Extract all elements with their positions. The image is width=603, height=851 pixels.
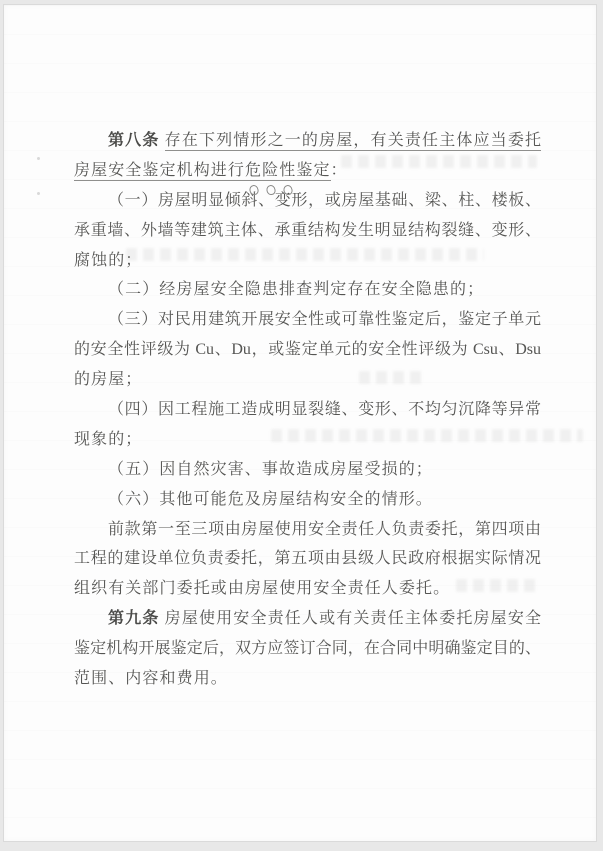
text-line: （六）其他可能危及房屋结构安全的情形。 <box>74 485 541 515</box>
text-segment: （一）房屋明显倾斜、变形，或房屋基础、梁、柱、楼板、 <box>108 192 541 209</box>
text-segment: 的房屋； <box>74 371 142 388</box>
text-block: 第八条 存在下列情形之一的房屋，有关责任主体应当委托房屋安全鉴定机构进行危险性鉴… <box>74 126 541 694</box>
text-line: （二）经房屋安全隐患排查判定存在安全隐患的； <box>74 275 541 305</box>
text-line: 前款第一至三项由房屋使用安全责任人负责委托，第四项由 <box>74 515 541 545</box>
text-segment: 现象的； <box>74 431 142 448</box>
scan-speck <box>37 157 40 160</box>
text-segment: （二）经房屋安全隐患排查判定存在安全隐患的； <box>108 281 484 298</box>
text-line: 现象的； <box>74 425 541 455</box>
text-line: 的房屋； <box>74 365 541 395</box>
text-line: 房屋安全鉴定机构进行危险性鉴定： <box>74 156 541 186</box>
text-segment: （六）其他可能危及房屋结构安全的情形。 <box>108 491 433 508</box>
text-segment: 承重墙、外墙等建筑主体、承重结构发生明显结构裂缝、变形、 <box>74 222 541 239</box>
scan-speck <box>37 192 40 195</box>
emphasis-circle-char: 险 <box>262 156 279 186</box>
text-line: 第八条 存在下列情形之一的房屋，有关责任主体应当委托 <box>74 126 541 156</box>
text-line: 腐蚀的； <box>74 246 541 276</box>
text-segment: （三）对民用建筑开展安全性或可靠性鉴定后，鉴定子单元 <box>108 311 541 328</box>
text-segment: 组织有关部门委托或由房屋使用安全责任人委托。 <box>74 580 450 597</box>
text-line: 范围、内容和费用。 <box>74 664 541 694</box>
text-line: 的安全性评级为 Cu、Du，或鉴定单元的安全性评级为 Csu、Dsu <box>74 335 541 365</box>
text-line: （四）因工程施工造成明显裂缝、变形、不均匀沉降等异常 <box>74 395 541 425</box>
text-segment: 前款第一至三项由房屋使用安全责任人负责委托，第四项由 <box>108 521 541 538</box>
emphasis-circle-char: 危 <box>245 156 262 186</box>
text-segment: 第八条 <box>108 132 159 149</box>
underlined-annotation-text: 危险性 <box>245 162 296 181</box>
text-line: （三）对民用建筑开展安全性或可靠性鉴定后，鉴定子单元 <box>74 305 541 335</box>
text-line: （五）因自然灾害、事故造成房屋受损的； <box>74 455 541 485</box>
text-segment: 范围、内容和费用。 <box>74 670 228 687</box>
text-segment: 的安全性评级为 Cu、Du，或鉴定单元的安全性评级为 Csu、Dsu <box>74 341 541 358</box>
text-segment: 房屋使用安全责任人或有关责任主体委托房屋安全 <box>165 610 541 627</box>
text-segment: 第九条 <box>108 610 159 627</box>
text-segment: （五）因自然灾害、事故造成房屋受损的； <box>108 461 433 478</box>
text-line: 工程的建设单位负责委托，第五项由县级人民政府根据实际情况 <box>74 544 541 574</box>
underlined-annotation-text: 鉴定 <box>296 162 330 181</box>
text-line: （一）房屋明显倾斜、变形，或房屋基础、梁、柱、楼板、 <box>74 186 541 216</box>
text-line: 组织有关部门委托或由房屋使用安全责任人委托。 <box>74 574 541 604</box>
text-segment <box>159 132 164 149</box>
text-segment: （四）因工程施工造成明显裂缝、变形、不均匀沉降等异常 <box>108 401 541 418</box>
emphasis-circle-char: 性 <box>279 156 296 186</box>
text-line: 鉴定机构开展鉴定后，双方应签订合同，在合同中明确鉴定目的、 <box>74 634 541 664</box>
text-segment: 腐蚀的； <box>74 252 142 269</box>
text-segment: 工程的建设单位负责委托，第五项由县级人民政府根据实际情况 <box>74 550 541 567</box>
text-segment: ： <box>331 162 348 179</box>
text-line: 承重墙、外墙等建筑主体、承重结构发生明显结构裂缝、变形、 <box>74 216 541 246</box>
scanned-page: 第八条 存在下列情形之一的房屋，有关责任主体应当委托房屋安全鉴定机构进行危险性鉴… <box>3 4 597 842</box>
text-segment: 鉴定机构开展鉴定后，双方应签订合同，在合同中明确鉴定目的、 <box>74 640 541 657</box>
underlined-annotation-text: 房屋安全鉴定机构进行 <box>74 162 245 181</box>
text-line: 第九条 房屋使用安全责任人或有关责任主体委托房屋安全 <box>74 604 541 634</box>
underlined-annotation-text: 存在下列情形之一的房屋，有关责任主体应当委托 <box>165 132 541 151</box>
